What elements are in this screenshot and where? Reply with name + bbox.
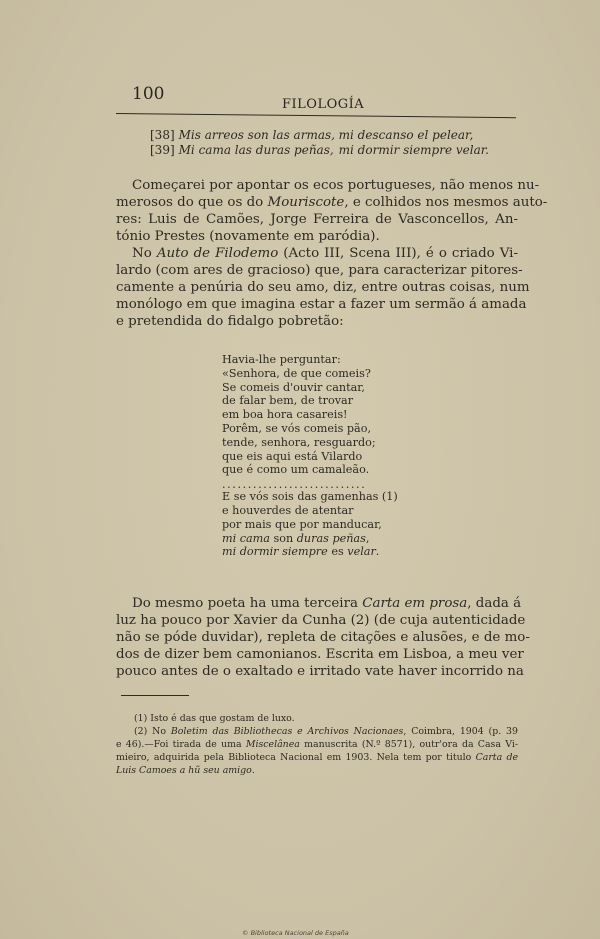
paragraph-2: No Auto de Filodemo (Acto III, Scena III…: [116, 245, 518, 330]
footnotes: (1) Isto é das que gostam de luxo. (2) N…: [116, 712, 518, 777]
footnote-2: (2) No Boletim das Bibliothecas e Archiv…: [116, 725, 518, 738]
scanned-book-page: 100 FILOLOGÍA [38] Mis arreos son las ar…: [0, 0, 600, 939]
footnote-1: (1) Isto é das que gostam de luxo.: [116, 712, 518, 725]
verse-quote-top: [38] Mis arreos son las armas, mi descan…: [150, 128, 489, 158]
verse-line: [39] Mi cama las duras peñas, mi dormir …: [150, 143, 489, 158]
poem-quote: Havia-lhe perguntar: «Senhora, de que co…: [222, 353, 398, 559]
footnote-rule: [121, 695, 189, 696]
verse-line: [38] Mis arreos son las armas, mi descan…: [150, 128, 489, 143]
copyright-watermark: © Biblioteca Nacional de España: [242, 929, 349, 937]
paragraph-1: Começarei por apontar os ecos portuguese…: [116, 177, 518, 245]
header-rule: [116, 113, 516, 118]
running-head: FILOLOGÍA: [282, 97, 364, 112]
page-number: 100: [132, 84, 164, 104]
ellipsis-line: ............................: [222, 480, 398, 490]
paragraph-3: Do mesmo poeta ha uma terceira Carta em …: [116, 595, 518, 680]
